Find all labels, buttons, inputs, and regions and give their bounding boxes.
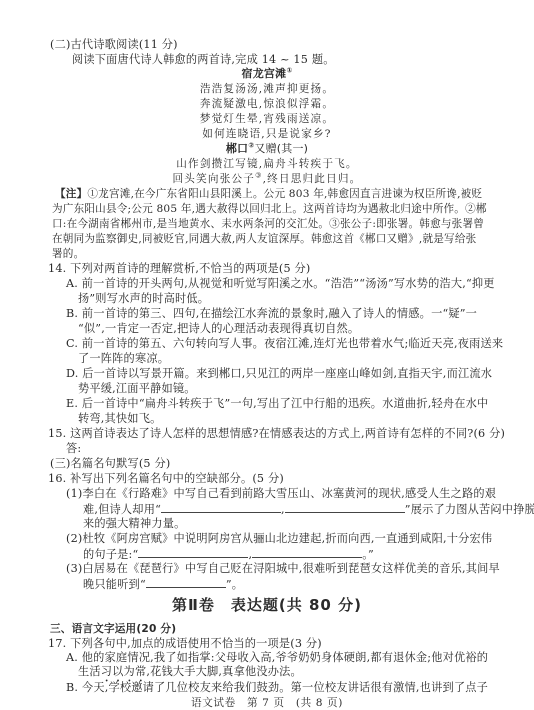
note-tag: 【注】 bbox=[55, 188, 87, 200]
q16-item2: (2)杜牧《阿房宫赋》中说明阿房宫从骊山北边建起,折而向西,一直通到咸阳,十分宏… bbox=[66, 532, 492, 546]
poem2-line-part: ,终日思归此日归。 bbox=[263, 173, 362, 185]
note-line: 署的。 bbox=[52, 247, 84, 261]
q14-option-d: D. 后一首诗以写景开篇。来到郴口,只见江的两岸一座座山峰如剑,直指天宇,而江流… bbox=[66, 367, 492, 381]
q14-option-e: E. 后一首诗中“扁舟斗转疾于飞”一句,写出了江中行船的迅疾。水道曲折,轻舟在水… bbox=[66, 397, 488, 411]
poem1-title: 宿龙宫滩① bbox=[0, 67, 534, 81]
poetry-intro: 阅读下面唐代诗人韩愈的两首诗,完成 14 ~ 15 题。 bbox=[72, 53, 335, 67]
question-14-stem: 14. 下列对两首诗的理解赏析,不恰当的两项是(5 分) bbox=[48, 262, 310, 276]
part2-title: 第Ⅱ卷 表达题(共 80 分) bbox=[0, 598, 534, 612]
q16-item2-text: 的句子是:“ bbox=[83, 548, 138, 561]
poem2-title-suffix: 又赠(其一) bbox=[254, 142, 308, 155]
exam-page: (二)古代诗歌阅读(11 分) 阅读下面唐代诗人韩愈的两首诗,完成 14 ~ 1… bbox=[0, 0, 534, 710]
poem1-line: 浩浩复汤汤,滩声抑更扬。 bbox=[0, 82, 534, 96]
q16-item1-blanks: 难,但诗人却用“,”展示了力图从苦闷中挣脱出 bbox=[83, 502, 534, 517]
q16-item1-text: ”展示了力图从苦闷中挣脱出 bbox=[405, 503, 534, 516]
note-text: ①龙宫滩,在今广东省阳山县阳溪上。公元 803 年,韩愈因直言进谏为权臣所谗,被… bbox=[87, 188, 482, 200]
question-17-stem: 17. 下列各句中,加点的成语使用不恰当的一项是(3 分) bbox=[48, 637, 322, 651]
q14-option-c: C. 前一首诗的第五、六句转向写人事。夜宿江滩,连灯光也带着水气;临近天亮,夜雨… bbox=[66, 337, 503, 351]
page-footer: 语文试卷 第 7 页 (共 8 页) bbox=[0, 696, 534, 710]
poem2-title: 郴口②又赠(其一) bbox=[0, 142, 534, 156]
q16-item1-cont: 来的强大精神力量。 bbox=[83, 517, 186, 531]
fill-blank[interactable] bbox=[146, 577, 226, 588]
section-heading-language: 三、语言文字运用(20 分) bbox=[50, 622, 176, 636]
section-heading-recitation: (三)名篇名句默写(5 分) bbox=[50, 457, 170, 471]
q16-item3-blanks: 晚只能听到“”。 bbox=[83, 577, 243, 592]
q14-option-e-cont: 转弯,其快如飞。 bbox=[78, 412, 161, 426]
q17-text: ,花钱大手大脚,真拿他没办法。 bbox=[146, 665, 302, 678]
q16-item3: (3)白居易在《琵琶行》中写自己贬在浔阳城中,很难听到琵琶女这样优美的音乐,其间… bbox=[66, 562, 500, 576]
q14-option-d-cont: 势平缓,江面平静如镜。 bbox=[78, 382, 196, 396]
poem1-line: 如何连晓语,只是说家乡? bbox=[0, 127, 534, 141]
question-15-stem: 15. 这两首诗表达了诗人怎样的思想情感?在情感表达的方式上,两首诗有怎样的不同… bbox=[48, 427, 505, 441]
note-line: 在朝同为监察御史,同被贬官,同遇大赦,两人友谊深厚。韩愈这首《郴口又赠》,就是写… bbox=[52, 232, 476, 246]
poem2-line: 回头笑向张公子③,终日思归此日归。 bbox=[0, 172, 534, 186]
poem1-line: 梦觉灯生晕,宵残雨送凉。 bbox=[0, 112, 534, 126]
q16-item1: (1)李白在《行路难》中写自己看到前路大雪压山、冰塞黄河的现状,感受人生之路的艰 bbox=[66, 487, 496, 501]
emphasized-idiom: 习以为常 bbox=[101, 665, 147, 678]
q16-item2-text: 。” bbox=[362, 548, 374, 561]
fill-blank[interactable] bbox=[252, 547, 362, 558]
footnote-mark: ① bbox=[286, 66, 292, 74]
q14-option-b: B. 前一首诗的第三、四句,在描绘江水奔流的景象时,融入了诗人的情感。一“疑”一 bbox=[66, 307, 477, 321]
note-line: 口:在今湖南省郴州市,是当地黄水、耒水两条河的交汇处。③张公子:即张署。韩愈与张… bbox=[52, 217, 484, 231]
poem2-line: 山作剑攒江写镜,扁舟斗转疾于飞。 bbox=[0, 157, 534, 171]
q16-item3-text: ”。 bbox=[226, 578, 243, 591]
note-line: 【注】①龙宫滩,在今广东省阳山县阳溪上。公元 803 年,韩愈因直言进谏为权臣所… bbox=[55, 187, 482, 201]
q14-option-a: A. 前一首诗的开头两句,从视觉和听觉写阳溪之水。“浩浩”“汤汤”写水势的浩大,… bbox=[66, 277, 495, 291]
fill-blank[interactable] bbox=[138, 547, 248, 558]
fill-blank[interactable] bbox=[285, 502, 405, 513]
q17-text: 生活 bbox=[78, 665, 101, 678]
poem2-line-part: 回头笑向张公子 bbox=[173, 173, 256, 185]
poem1-line: 奔流疑激电,惊浪似浮霜。 bbox=[0, 97, 534, 111]
q14-option-b-cont: “似”,一肯定一否定,把诗人的心理活动表现得真切自然。 bbox=[78, 322, 359, 336]
q16-item2-blanks: 的句子是:“,。” bbox=[83, 547, 374, 562]
q14-option-a-cont: 扬”则写水声的时高时低。 bbox=[78, 292, 209, 306]
note-line: 为广东阳山县令;公元 805 年,遇大赦得以回归北上。这两首诗均为遇赦北归途中所… bbox=[52, 202, 487, 216]
poem1-title-text: 宿龙宫滩 bbox=[242, 67, 287, 80]
q16-item1-text: 难,但诗人却用“ bbox=[83, 503, 161, 516]
q17-option-a: A. 他的家庭情况,我了如指掌:父母收入高,爷爷奶奶身体硬朗,都有退休金;他对优… bbox=[66, 651, 488, 665]
footnote-mark: ③ bbox=[255, 171, 262, 179]
q14-option-c-cont: 了一阵阵的寒凉。 bbox=[78, 352, 169, 366]
q17-option-b: B. 今天,学校邀请了几位校友来给我们鼓劲。第一位校友讲话很有激情,也讲到了点子 bbox=[66, 681, 488, 695]
answer-label: 答: bbox=[66, 442, 81, 456]
fill-blank[interactable] bbox=[161, 502, 281, 513]
question-16-stem: 16. 补写出下列名篇名句中的空缺部分。(5 分) bbox=[48, 472, 284, 486]
section-heading-poetry: (二)古代诗歌阅读(11 分) bbox=[50, 38, 178, 52]
poem2-title-text: 郴口 bbox=[226, 142, 248, 155]
q16-item3-text: 晚只能听到“ bbox=[83, 578, 146, 591]
